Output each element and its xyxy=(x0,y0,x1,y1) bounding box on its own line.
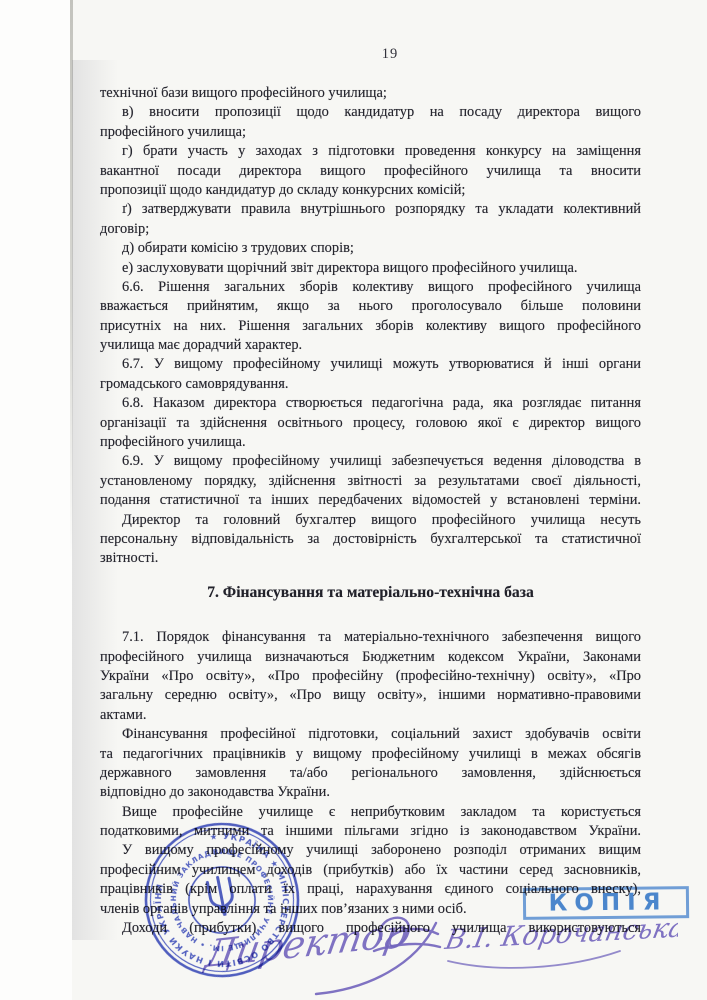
text-line: в) вносити пропозиції щодо кандидатур на… xyxy=(100,103,641,122)
text-line: договір; xyxy=(100,220,641,239)
text-line: відповідно до законодавства України. xyxy=(100,783,641,802)
text-line: училища має дорадчий характер. xyxy=(100,336,641,355)
text-line: вакантної посади директора вищого профес… xyxy=(100,162,641,181)
text-line: пропозиції щодо кандидатур до складу кон… xyxy=(100,181,641,200)
page-number: 19 xyxy=(110,46,670,63)
signature-name-text: В.І. Корочанська xyxy=(442,913,678,956)
text-line: Директор та головний бухгалтер вищого пр… xyxy=(100,511,641,530)
text-line: 6.6. Рішення загальних зборів колективу … xyxy=(100,278,641,297)
scanned-document: 19 технічної бази вищого професійного уч… xyxy=(0,0,707,1000)
text-line: технічної бази вищого професійного учили… xyxy=(100,84,641,103)
text-line: професійного училища визначаються Бюджет… xyxy=(100,648,641,667)
text-line: г) брати участь у заходах з підготовки п… xyxy=(100,142,641,161)
section-6-lines: технічної бази вищого професійного учили… xyxy=(100,84,641,569)
text-line: присутніх на них. Рішення загальних збор… xyxy=(100,317,641,336)
text-line: державного замовлення та/або регіонально… xyxy=(100,764,641,783)
text-line: організації та здійснення освітнього про… xyxy=(100,414,641,433)
text-line: д) обирати комісію з трудових спорів; xyxy=(100,239,641,258)
text-line: професійного училища. xyxy=(100,433,641,452)
text-line: професійного училища; xyxy=(100,123,641,142)
signature-role-text: Директор xyxy=(200,911,411,977)
text-line: ґ) затверджувати правила внутрішнього ро… xyxy=(100,200,641,219)
text-line: установленому порядку, здійснення звітно… xyxy=(100,472,641,491)
text-line: 7.1. Порядок фінансування та матеріально… xyxy=(100,628,641,647)
text-line: загальну середню освіту», «Про вищу осві… xyxy=(100,686,641,705)
text-block: технічної бази вищого професійного учили… xyxy=(100,84,641,938)
text-line: вважається прийнятим, якщо за нього прог… xyxy=(100,297,641,316)
text-line: 6.7. У вищому професійному училищі можут… xyxy=(100,355,641,374)
signature-block: Директор В.І. Корочанська xyxy=(168,893,678,1000)
text-line: актами. xyxy=(100,706,641,725)
text-line: персональну відповідальність за достовір… xyxy=(100,530,641,549)
section-heading: 7. Фінансування та матеріально-технічна … xyxy=(100,583,641,602)
text-line: України «Про освіту», «Про професійну (п… xyxy=(100,667,641,686)
text-line: 6.8. Наказом директора створюється педаг… xyxy=(100,394,641,413)
text-line: звітності. xyxy=(100,549,641,568)
text-line: Фінансування професійної підготовки, соц… xyxy=(100,725,641,744)
text-line: Вище професійне училище є неприбутковим … xyxy=(100,803,641,822)
text-line: громадського самоврядування. xyxy=(100,375,641,394)
text-line: е) заслуховувати щорічний звіт директора… xyxy=(100,259,641,278)
scan-page-edge xyxy=(70,0,73,560)
text-line: та педагогічних працівників у вищому про… xyxy=(100,745,641,764)
text-line: 6.9. У вищому професійному училищі забез… xyxy=(100,452,641,471)
text-line: подання статистичної та інших передбачен… xyxy=(100,491,641,510)
